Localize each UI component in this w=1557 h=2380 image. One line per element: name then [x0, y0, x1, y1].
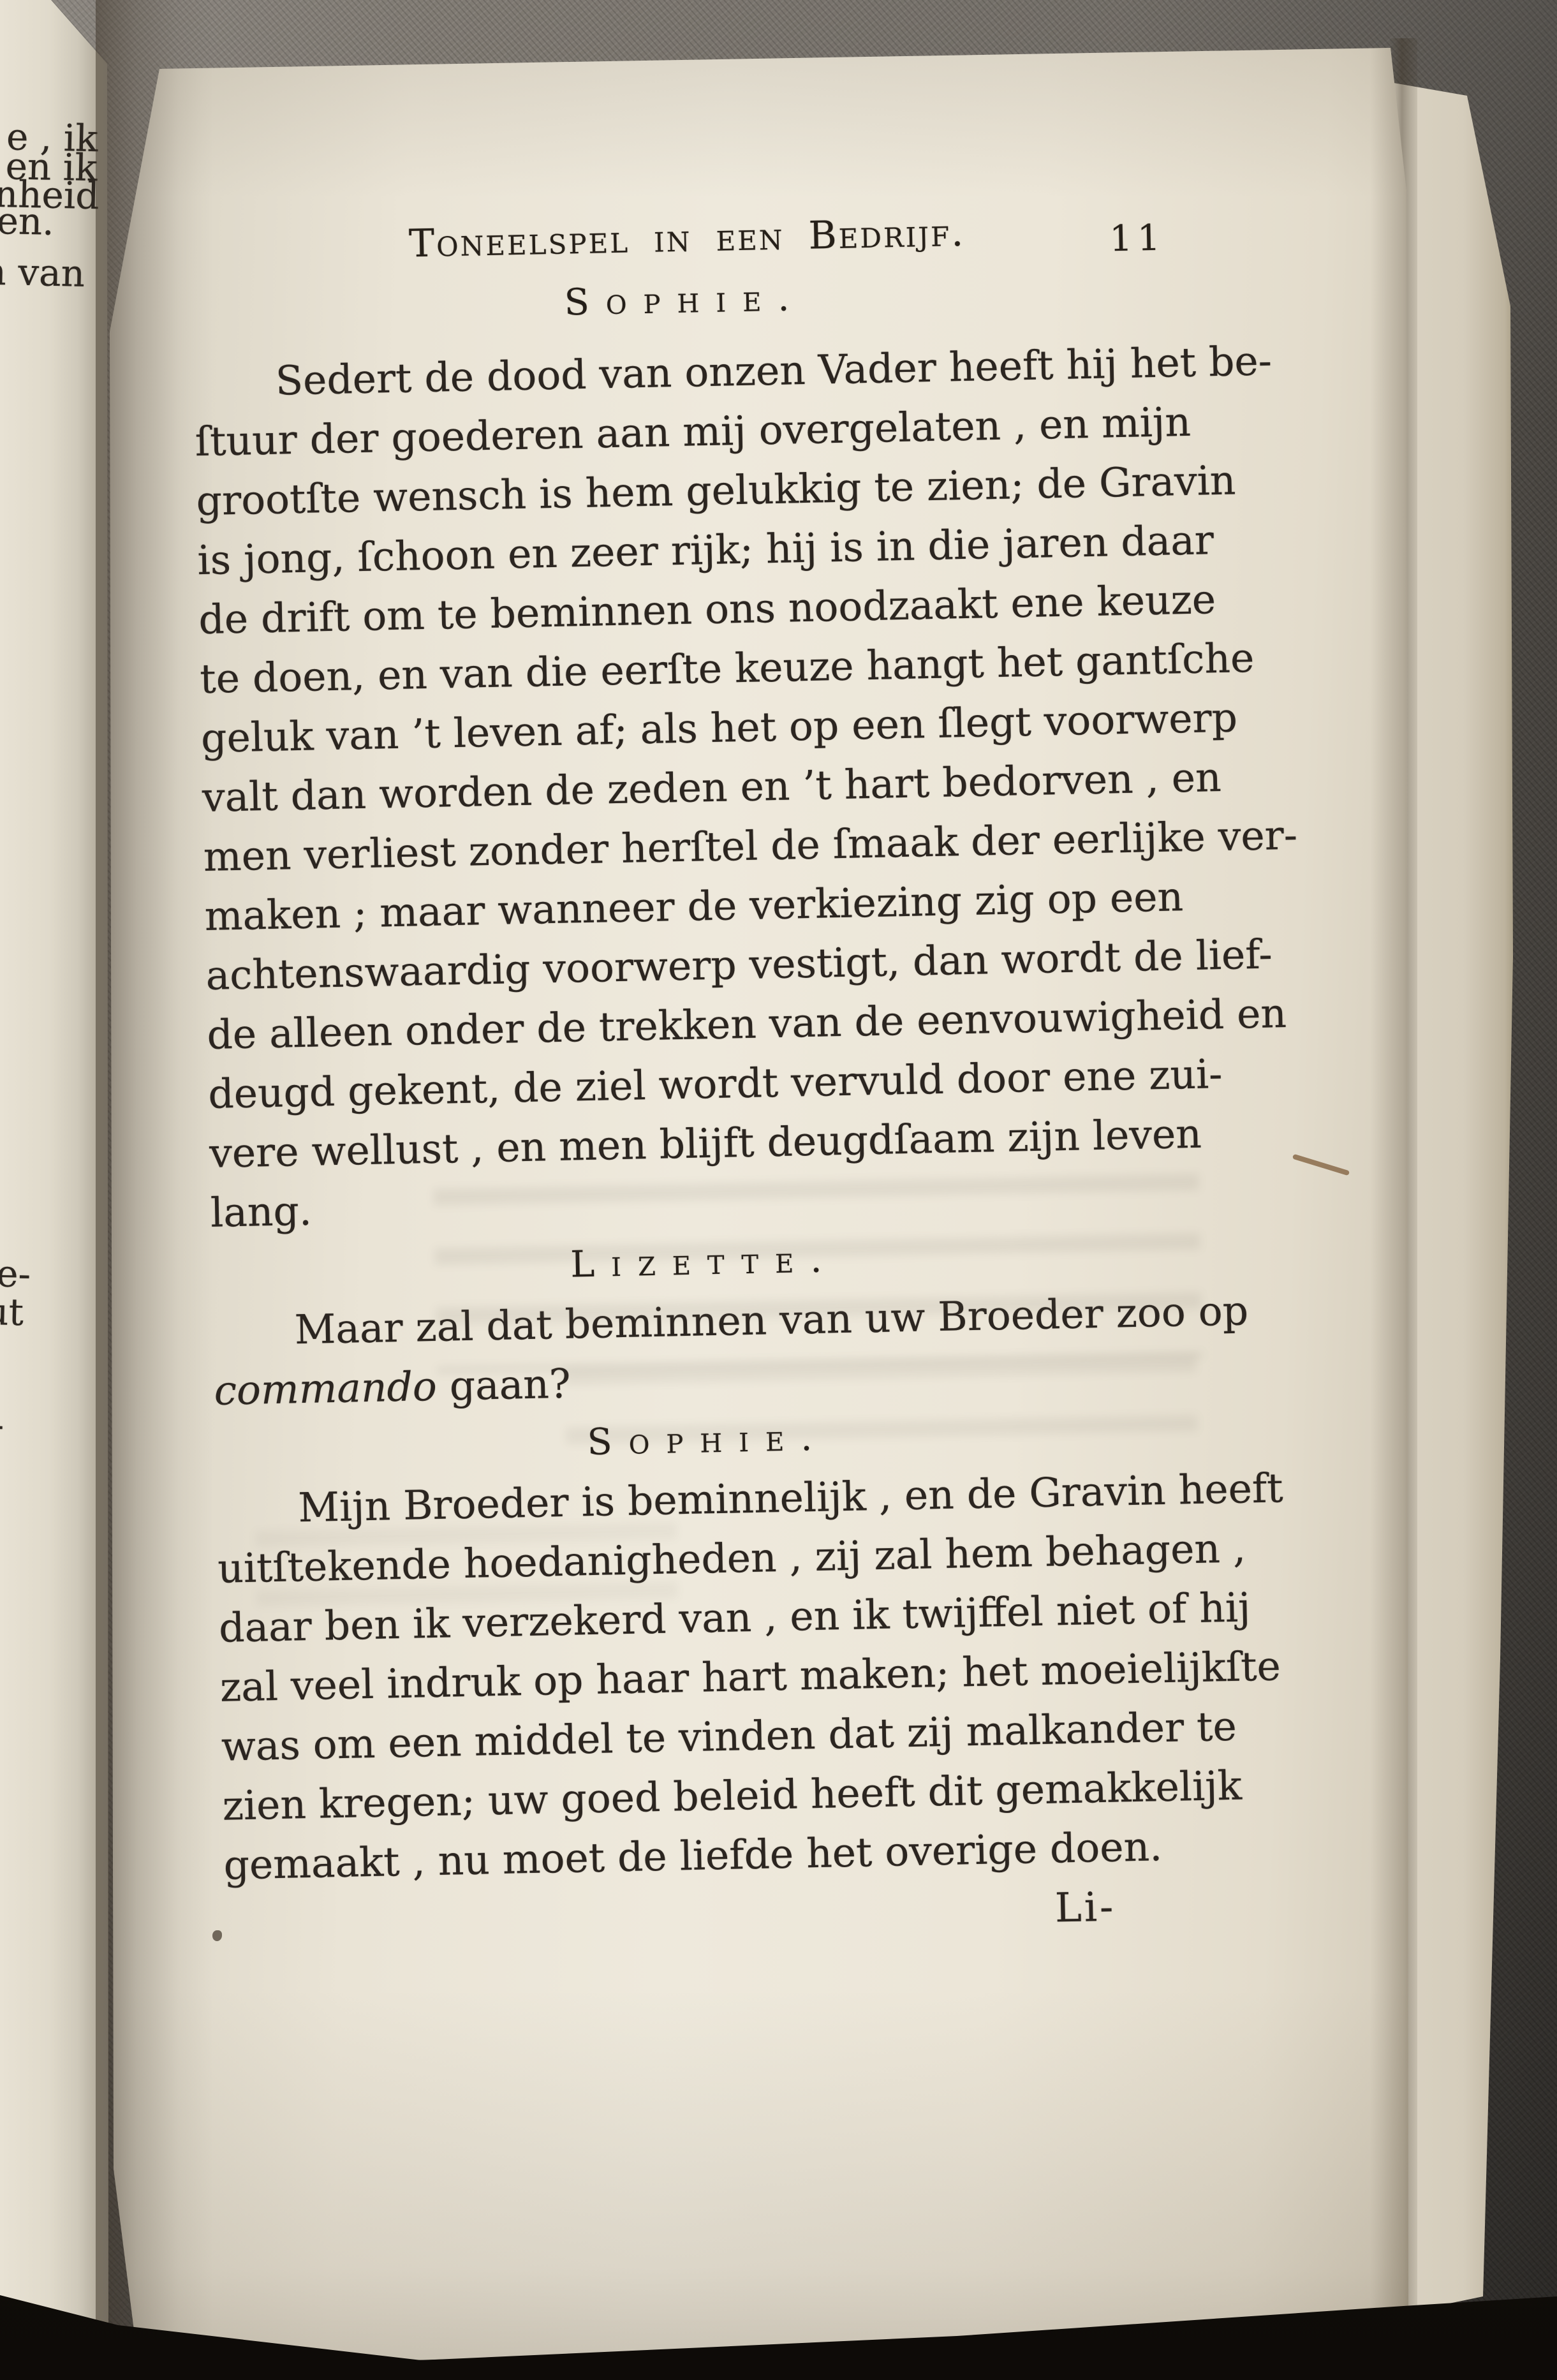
book-photo: e , iken ikenheiden.n vanie-aute-ij Tone… — [0, 0, 1557, 2380]
page-number: 11 — [1109, 209, 1166, 269]
facing-page-fragment: e- — [0, 1402, 4, 1446]
printed-text-block: Toneelspel in een Bedrijf. 11 Sophie.Sed… — [191, 198, 1211, 1977]
italic-word: commando — [214, 1363, 437, 1414]
facing-page-fragment: ie- — [0, 1252, 31, 1296]
facing-page-fragment: aut — [0, 1289, 24, 1334]
text-segment: gaan? — [436, 1361, 571, 1410]
facing-page-fragment: en. — [0, 199, 54, 244]
facing-page-fragment: n van — [0, 250, 85, 295]
speech-area: Sophie.Sedert de dood van onzen Vader he… — [192, 261, 1209, 1895]
running-title: Toneelspel in een Bedrijf. — [402, 203, 966, 274]
